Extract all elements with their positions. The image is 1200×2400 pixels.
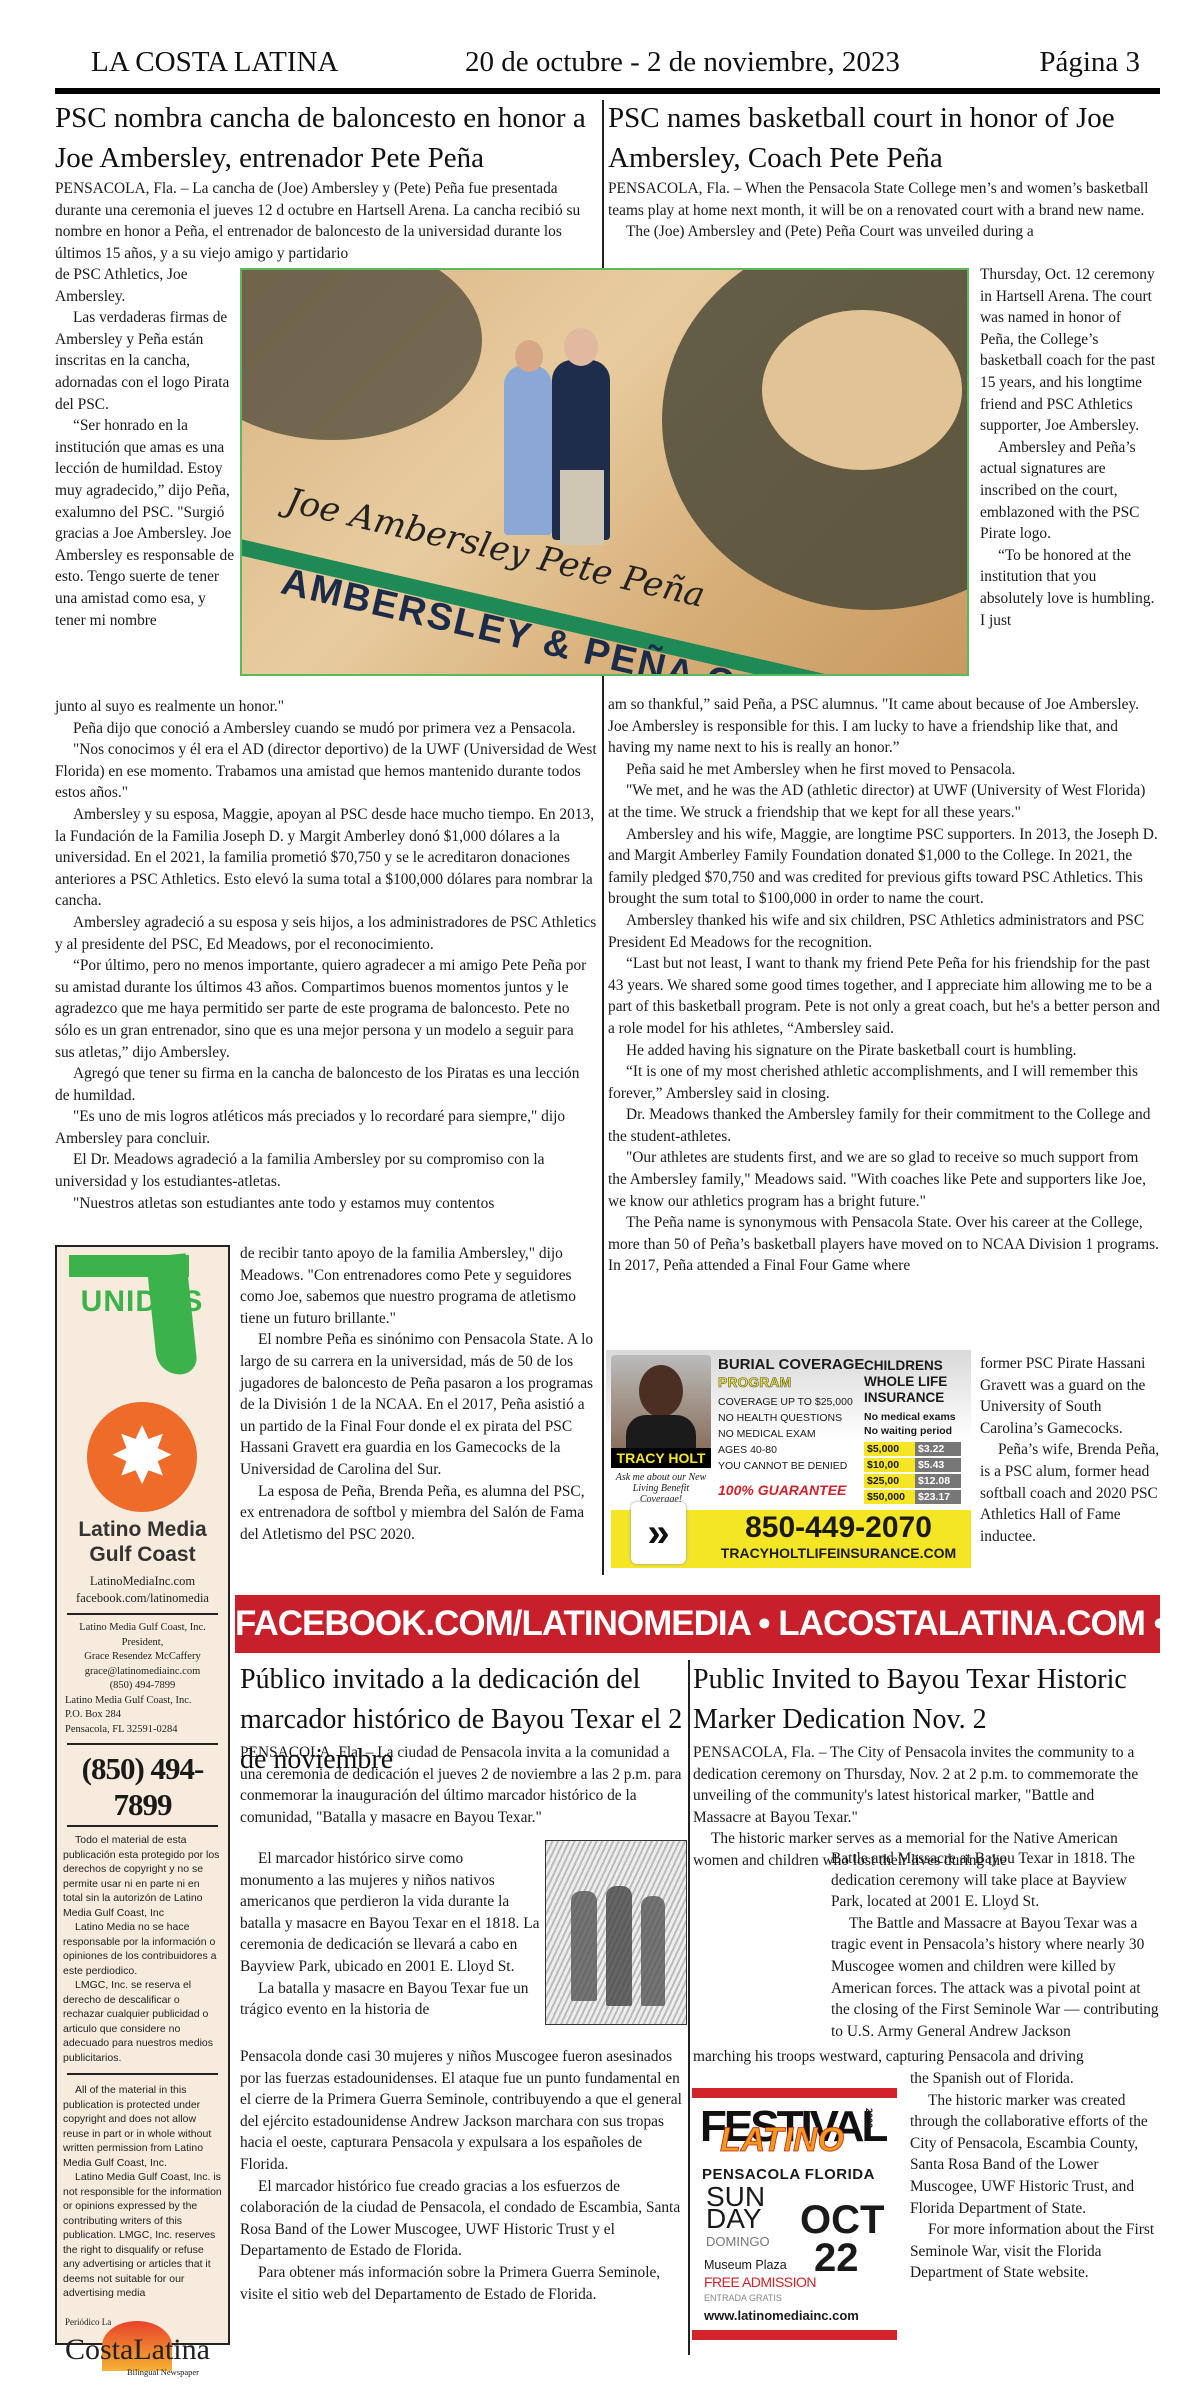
article2-es-lede: PENSACOLA, Fla. – La ciudad de Pensacola… bbox=[240, 1742, 682, 1828]
person-ambersley bbox=[504, 365, 552, 535]
article1-es-lede: PENSACOLA, Fla. – La cancha de (Joe) Amb… bbox=[55, 178, 597, 264]
column-divider-2 bbox=[688, 1660, 690, 2355]
article1-es-narrow: de PSC Athletics, Joe Ambersley. Las ver… bbox=[55, 264, 235, 631]
issue-dates: 20 de octubre - 2 de noviembre, 2023 bbox=[465, 46, 900, 79]
contact-banner[interactable]: FACEBOOK.COM/LATINOMEDIA • LACOSTALATINA… bbox=[235, 1595, 1160, 1653]
insurance-ad[interactable]: TRACY HOLT Ask me about our New Living B… bbox=[606, 1350, 971, 1575]
paper-name: LA COSTA LATINA bbox=[91, 46, 338, 79]
court-photo: Joe Ambersley Pete Peña AMBERSLEY & PEÑA… bbox=[240, 268, 969, 676]
headline2-en: Public Invited to Bayou Texar Historic M… bbox=[693, 1660, 1163, 1740]
article2-es-body: Pensacola donde casi 30 mujeres y niños … bbox=[240, 2046, 682, 2305]
big-phone[interactable]: (850) 494-7899 bbox=[57, 1751, 228, 1823]
article2-en-narrow: Battle and Massacre at Bayou Texar in 18… bbox=[831, 1848, 1161, 2042]
publisher-contact: Latino Media Gulf Coast, Inc. President,… bbox=[57, 1621, 228, 1694]
phone-strip: » 850-449-2070 TRACYHOLTLIFEINSURANCE.CO… bbox=[611, 1510, 971, 1568]
publisher-sidebar: UNIDOS ✸ Latino Media Gulf Coast LatinoM… bbox=[55, 1245, 230, 2345]
sidebar-facebook[interactable]: facebook.com/latinomedia bbox=[57, 1590, 228, 1607]
festival-website-link[interactable]: www.latinomediainc.com bbox=[704, 2308, 859, 2323]
insurance-phone[interactable]: 850-449-2070 bbox=[706, 1512, 971, 1544]
latino-media-logo: ✸ bbox=[57, 1397, 228, 1517]
page-number: Página 3 bbox=[1039, 46, 1140, 79]
burial-title: BURIAL COVERAGE bbox=[718, 1356, 864, 1373]
disclaimer-es: Todo el material de esta publicación est… bbox=[57, 1833, 228, 2065]
masthead-rule bbox=[55, 88, 1160, 94]
headline-es: PSC nombra cancha de baloncesto en honor… bbox=[55, 98, 600, 178]
article1-en-body: am so thankful,” said Peña, a PSC alumnu… bbox=[608, 694, 1160, 1277]
article1-en-lede: PENSACOLA, Fla. – When the Pensacola Sta… bbox=[608, 178, 1160, 243]
star-icon: ✸ bbox=[87, 1402, 197, 1512]
festival-latino-ad[interactable]: FESTIVAL LATINO 2023 PENSACOLA FLORIDA S… bbox=[692, 2088, 897, 2343]
publisher-email[interactable]: grace@latinomediainc.com bbox=[57, 1665, 228, 1680]
sidebar-website[interactable]: LatinoMediaInc.com bbox=[57, 1573, 228, 1590]
article2-es-narrow: El marcador histórico sirve como monumen… bbox=[240, 1848, 540, 2021]
mailing-address: Latino Media Gulf Coast, Inc. P.O. Box 2… bbox=[57, 1694, 228, 1738]
chevron-right-icon: » bbox=[631, 1502, 686, 1564]
article2-en-wide: marching his troops westward, capturing … bbox=[693, 2046, 1155, 2068]
burial-subtitle: PROGRAM bbox=[718, 1374, 791, 1390]
insurance-website[interactable]: TRACYHOLTLIFEINSURANCE.COM bbox=[706, 1545, 971, 1561]
child-insurance-lines: No medical exams No waiting period bbox=[864, 1410, 956, 1438]
brand-name: Latino Media Gulf Coast bbox=[57, 1517, 228, 1567]
guarantee-label: 100% GUARANTEE bbox=[718, 1482, 846, 1498]
agent-tagline: Ask me about our New Living Benefit Cove… bbox=[611, 1472, 711, 1505]
divider bbox=[67, 1613, 218, 1615]
masthead: LA COSTA LATINA 20 de octubre - 2 de nov… bbox=[55, 42, 1160, 82]
rate-table: $5,000$3.22 $10,00$5.43 $25,00$12.08 $50… bbox=[864, 1442, 961, 1504]
agent-name: TRACY HOLT bbox=[611, 1448, 711, 1468]
article1-es-body: junto al suyo es realmente un honor." Pe… bbox=[55, 696, 597, 1214]
burial-bullets: COVERAGE UP TO $25,000 NO HEALTH QUESTIO… bbox=[718, 1394, 853, 1474]
unidos-logo: UNIDOS bbox=[57, 1247, 228, 1397]
article2-en-narrow2: the Spanish out of Florida. The historic… bbox=[910, 2068, 1160, 2284]
headline-en: PSC names basketball court in honor of J… bbox=[608, 98, 1168, 178]
article1-es-continued: de recibir tanto apoyo de la familia Amb… bbox=[240, 1243, 597, 1545]
article1-en-narrow: Thursday, Oct. 12 ceremony in Hartsell A… bbox=[980, 264, 1158, 631]
agent-photo bbox=[611, 1355, 711, 1450]
disclaimer-en: All of the material in this publication … bbox=[57, 2083, 228, 2301]
article1-en-continued: former PSC Pirate Hassani Gravett was a … bbox=[980, 1353, 1160, 1547]
costa-latina-logo: Periódico La CostaLatina Bilingual Newsp… bbox=[57, 2313, 228, 2383]
child-insurance-title: CHILDRENS WHOLE LIFE INSURANCE bbox=[864, 1358, 969, 1406]
battle-etching-illustration bbox=[545, 1840, 687, 2025]
